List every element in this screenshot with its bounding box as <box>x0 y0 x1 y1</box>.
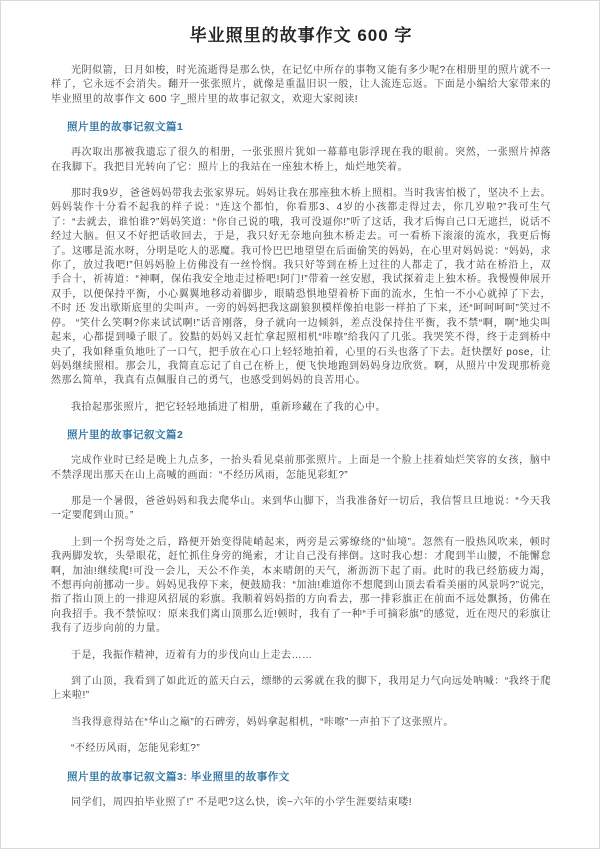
section-heading-2: 照片里的故事记叙文篇2 <box>51 427 551 442</box>
body-paragraph: 那时我9岁，爸爸妈妈带我去张家界玩。妈妈让我在那座独木桥上照相。当时我害怕极了，… <box>51 187 551 389</box>
body-paragraph: 于是，我振作精神，迈着有力的步伐向山上走去…… <box>51 649 551 663</box>
body-paragraph: 同学们，周四拍毕业照了!” 不是吧?这么快，诶~六年的小学生涯要结束喽! <box>51 796 551 810</box>
section-heading-3: 照片里的故事记叙文篇3: 毕业照里的故事作文 <box>51 769 551 784</box>
body-paragraph: 到了山顶，我看到了如此近的蓝天白云，缥缈的云雾就在我的脚下，我用足力气向远处呐喊… <box>51 675 551 704</box>
body-paragraph: 再次取出那被我遗忘了很久的相册，一张张照片犹如一幕幕电影浮现在我的眼前。突然，一… <box>51 146 551 175</box>
body-paragraph: 当我得意得站在“华山之巅”的石碑旁，妈妈拿起相机，“咔嚓”一声拍下了这张照片。 <box>51 716 551 730</box>
body-paragraph: 我拾起那张照片，把它轻轻地插进了相册，重新珍藏在了我的心中。 <box>51 401 551 415</box>
body-paragraph: 那是一个暑假，爸爸妈妈和我去爬华山。来到华山脚下，当我准备好一切后，我信誓旦旦地… <box>51 495 551 524</box>
intro-paragraph: 光阴似箭，日月如梭，时光流逝得是那么快，在记忆中所存的事物又能有多少呢?在相册里… <box>51 64 551 107</box>
body-paragraph: 完成作业时已经是晚上九点多，一抬头看见桌前那张照片。上面是一个脸上挂着灿烂笑容的… <box>51 454 551 483</box>
quote-paragraph: “不经历风雨，怎能见彩虹?” <box>51 742 551 756</box>
document-title: 毕业照里的故事作文 600 字 <box>51 21 551 46</box>
document-page: 毕业照里的故事作文 600 字 光阴似箭，日月如梭，时光流逝得是那么快，在记忆中… <box>0 0 600 849</box>
body-paragraph: 上到一个拐弯处之后，路便开始变得陡峭起来，两旁是云雾缭绕的“仙境”。忽然有一股热… <box>51 536 551 637</box>
section-heading-1: 照片里的故事记叙文篇1 <box>51 119 551 134</box>
